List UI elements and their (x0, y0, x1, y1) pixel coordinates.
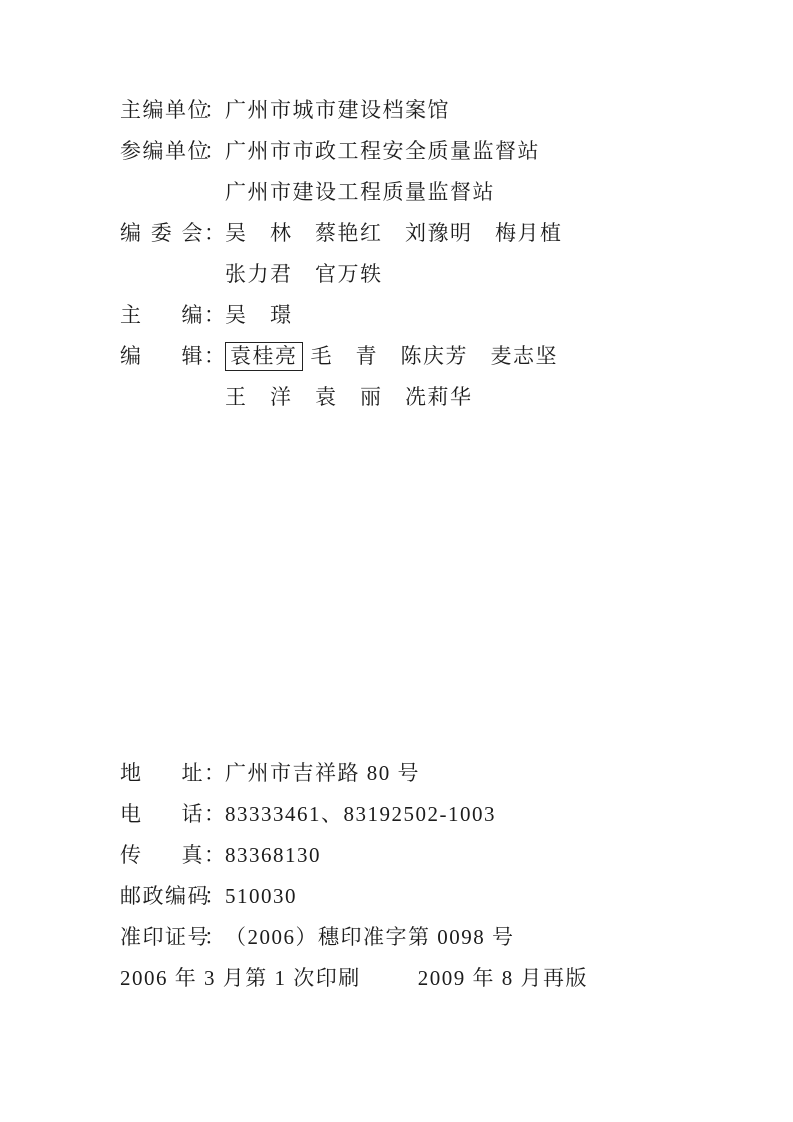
editorial-committee-row: 编委会：吴 林 蔡艳红 刘豫明 梅月植 (120, 213, 563, 254)
telephone-row: 电话：83333461、83192502-1003 (120, 794, 588, 835)
editorial-committee-label: 编委会 (120, 213, 204, 254)
editorial-committee-members-1: 吴 林 蔡艳红 刘豫明 梅月植 (225, 221, 563, 245)
postal-code-row: 邮政编码：510030 (120, 876, 588, 917)
editorial-credits-section: 主编单位：广州市城市建设档案馆 参编单位：广州市市政工程安全质量监督站 广州市建… (120, 90, 563, 418)
first-printing-text: 2006 年 3 月第 1 次印刷 (120, 966, 361, 990)
editorial-committee-members-2: 张力君 官万轶 (225, 254, 383, 295)
colophon-page: 主编单位：广州市城市建设档案馆 参编单位：广州市市政工程安全质量监督站 广州市建… (0, 0, 793, 1122)
telephone-value: 83333461、83192502-1003 (225, 802, 496, 826)
colon: ： (204, 794, 225, 835)
editors-names-1: 袁桂亮毛 青 陈庆芳 麦志坚 (225, 344, 558, 368)
fax-value: 83368130 (225, 843, 321, 867)
print-permit-label: 准印证号 (120, 917, 204, 958)
reprint-text: 2009 年 8 月再版 (418, 966, 588, 990)
fax-label: 传真 (120, 835, 204, 876)
co-editing-unit-continuation-row: 广州市建设工程质量监督站 (120, 172, 563, 213)
fax-row: 传真：83368130 (120, 835, 588, 876)
chief-editing-unit-label: 主编单位 (120, 90, 204, 131)
printing-history-row: 2006 年 3 月第 1 次印刷2009 年 8 月再版 (120, 958, 588, 999)
chief-editor-row: 主编：吴 璟 (120, 295, 563, 336)
colon: ： (204, 131, 225, 172)
print-permit-value: （2006）穗印准字第 0098 号 (225, 925, 515, 949)
telephone-label: 电话 (120, 794, 204, 835)
co-editing-unit-label: 参编单位 (120, 131, 204, 172)
editors-names-2: 王 洋 袁 丽 冼莉华 (225, 377, 473, 418)
co-editing-unit-value-1: 广州市市政工程安全质量监督站 (225, 139, 540, 163)
colon: ： (204, 876, 225, 917)
publication-info-section: 地址：广州市吉祥路 80 号 电话：83333461、83192502-1003… (120, 753, 588, 999)
colon: ： (204, 295, 225, 336)
chief-editor-name: 吴 璟 (225, 303, 293, 327)
colon: ： (204, 917, 225, 958)
postal-code-label: 邮政编码 (120, 876, 204, 917)
chief-editing-unit-value: 广州市城市建设档案馆 (225, 98, 450, 122)
boxed-deceased-name: 袁桂亮 (225, 342, 303, 371)
colon: ： (204, 90, 225, 131)
address-value: 广州市吉祥路 80 号 (225, 761, 420, 785)
colon: ： (204, 336, 225, 377)
co-editing-unit-value-2: 广州市建设工程质量监督站 (225, 172, 495, 213)
chief-editor-label: 主编 (120, 295, 204, 336)
address-row: 地址：广州市吉祥路 80 号 (120, 753, 588, 794)
editors-continuation-row: 王 洋 袁 丽 冼莉华 (120, 377, 563, 418)
co-editing-unit-row: 参编单位：广州市市政工程安全质量监督站 (120, 131, 563, 172)
editorial-committee-continuation-row: 张力君 官万轶 (120, 254, 563, 295)
editors-row: 编辑：袁桂亮毛 青 陈庆芳 麦志坚 (120, 336, 563, 377)
editors-label: 编辑 (120, 336, 204, 377)
colon: ： (204, 835, 225, 876)
colon: ： (204, 213, 225, 254)
address-label: 地址 (120, 753, 204, 794)
print-permit-row: 准印证号：（2006）穗印准字第 0098 号 (120, 917, 588, 958)
editors-names-after-box: 毛 青 陈庆芳 麦志坚 (311, 344, 559, 368)
postal-code-value: 510030 (225, 884, 297, 908)
colon: ： (204, 753, 225, 794)
chief-editing-unit-row: 主编单位：广州市城市建设档案馆 (120, 90, 563, 131)
